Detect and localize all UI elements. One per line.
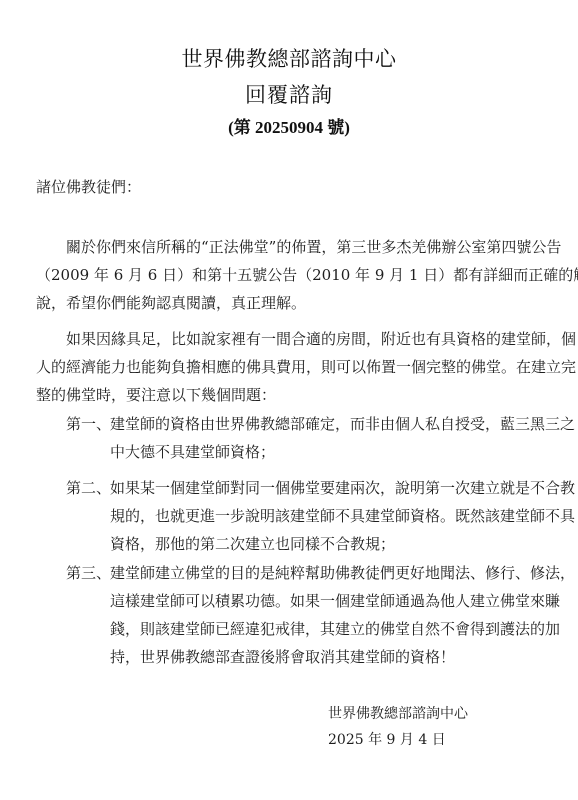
- paragraph-line: 關於你們來信所稱的“正法佛堂”的佈置，第三世多杰羌佛辦公室第四號公告: [66, 237, 538, 257]
- document-type-title: 回覆諮詢: [0, 79, 578, 109]
- paragraph-line: 人的經濟能力也能夠負擔相應的佛具費用，則可以佈置一個完整的佛堂。在建立完: [36, 357, 538, 377]
- paragraph-line: 說，希望你們能夠認真閱讀，真正理解。: [36, 293, 306, 313]
- point-label: 第二、: [66, 478, 111, 498]
- signature-organization: 世界佛教總部諮詢中心: [328, 704, 468, 724]
- point-line: 中大德不具建堂師資格；: [110, 442, 275, 462]
- point-line: 資格，那他的第二次建立也同樣不合教規；: [110, 534, 395, 554]
- point-line: 建堂師建立佛堂的目的是純粹幫助佛教徒們更好地聞法、修行、修法，: [110, 563, 538, 583]
- point-label: 第一、: [66, 414, 111, 434]
- salutation: 諸位佛教徒們：: [36, 177, 141, 197]
- point-line: 錢，則該建堂師已經違犯戒律，其建立的佛堂自然不會得到護法的加: [110, 619, 538, 639]
- point-line: 如果某一個建堂師對同一個佛堂要建兩次，說明第一次建立就是不合教: [110, 478, 538, 498]
- point-line: 這樣建堂師可以積累功德。如果一個建堂師通過為他人建立佛堂來賺: [110, 591, 538, 611]
- paragraph-line: （2009 年 6 月 6 日）和第十五號公告（2010 年 9 月 1 日）都…: [36, 265, 538, 285]
- point-line: 持，世界佛教總部查證後將會取消其建堂師的資格！: [110, 647, 455, 667]
- point-line: 規的，也就更進一步說明該建堂師不具建堂師資格。既然該建堂師不具: [110, 506, 538, 526]
- document-number: (第 20250904 號): [0, 113, 578, 138]
- point-label: 第三、: [66, 563, 111, 583]
- paragraph-line: 整的佛堂時，要注意以下幾個問題：: [36, 385, 276, 405]
- point-line: 建堂師的資格由世界佛教總部確定，而非由個人私自授受，藍三黑三之: [110, 414, 538, 434]
- organization-title: 世界佛教總部諮詢中心: [0, 43, 578, 73]
- signature-date: 2025 年 9 月 4 日: [328, 730, 446, 750]
- paragraph-line: 如果因緣具足，比如說家裡有一間合適的房間，附近也有具資格的建堂師，個: [66, 329, 538, 349]
